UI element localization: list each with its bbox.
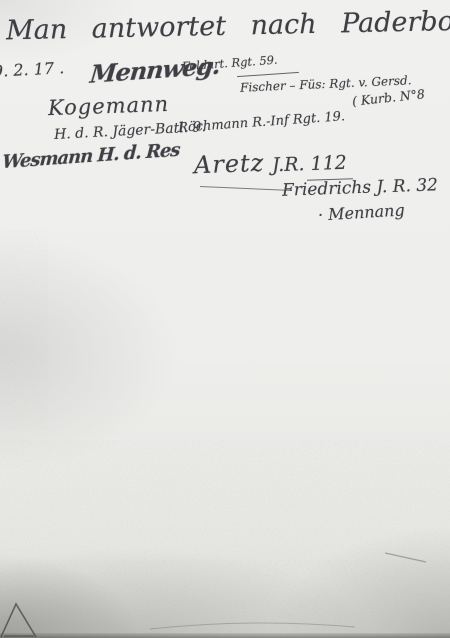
fischer-overstroke-mark [237, 72, 299, 78]
handwriting-unit-feldart: Feldart. Rgt. 59. [182, 55, 278, 73]
aretz-flourish-mark [200, 186, 292, 191]
scanned-page: Man antwortet nach Paderborn : 9. 2. 17 … [0, 0, 450, 638]
handwriting-note-kurb: ( Kurb. N°8 [352, 88, 426, 108]
scratch-mark [385, 553, 426, 562]
handwriting-entry-mennang: · Mennang [318, 202, 406, 223]
handwriting-name-aretz: Aretz [194, 151, 265, 177]
handwriting-entry-roechmann: Röchmann R.-Inf Rgt. 19. [178, 110, 346, 135]
handwriting-name-kogemann: Kogemann [48, 94, 170, 119]
handwriting-heading: Man antwortet nach Paderborn : [6, 7, 450, 45]
handwriting-entry-friedrichs: Friedrichs J. R. 32 [282, 177, 439, 199]
bottom-hairline-mark [150, 623, 355, 629]
scan-bottom-edge-shadow [0, 633, 450, 638]
handwriting-date: 9. 2. 17 . [0, 60, 65, 80]
handwriting-signature-wesmann: Wesmann H. d. Res [2, 142, 181, 173]
handwriting-unit-jr112: J.R. 112 [272, 154, 347, 176]
